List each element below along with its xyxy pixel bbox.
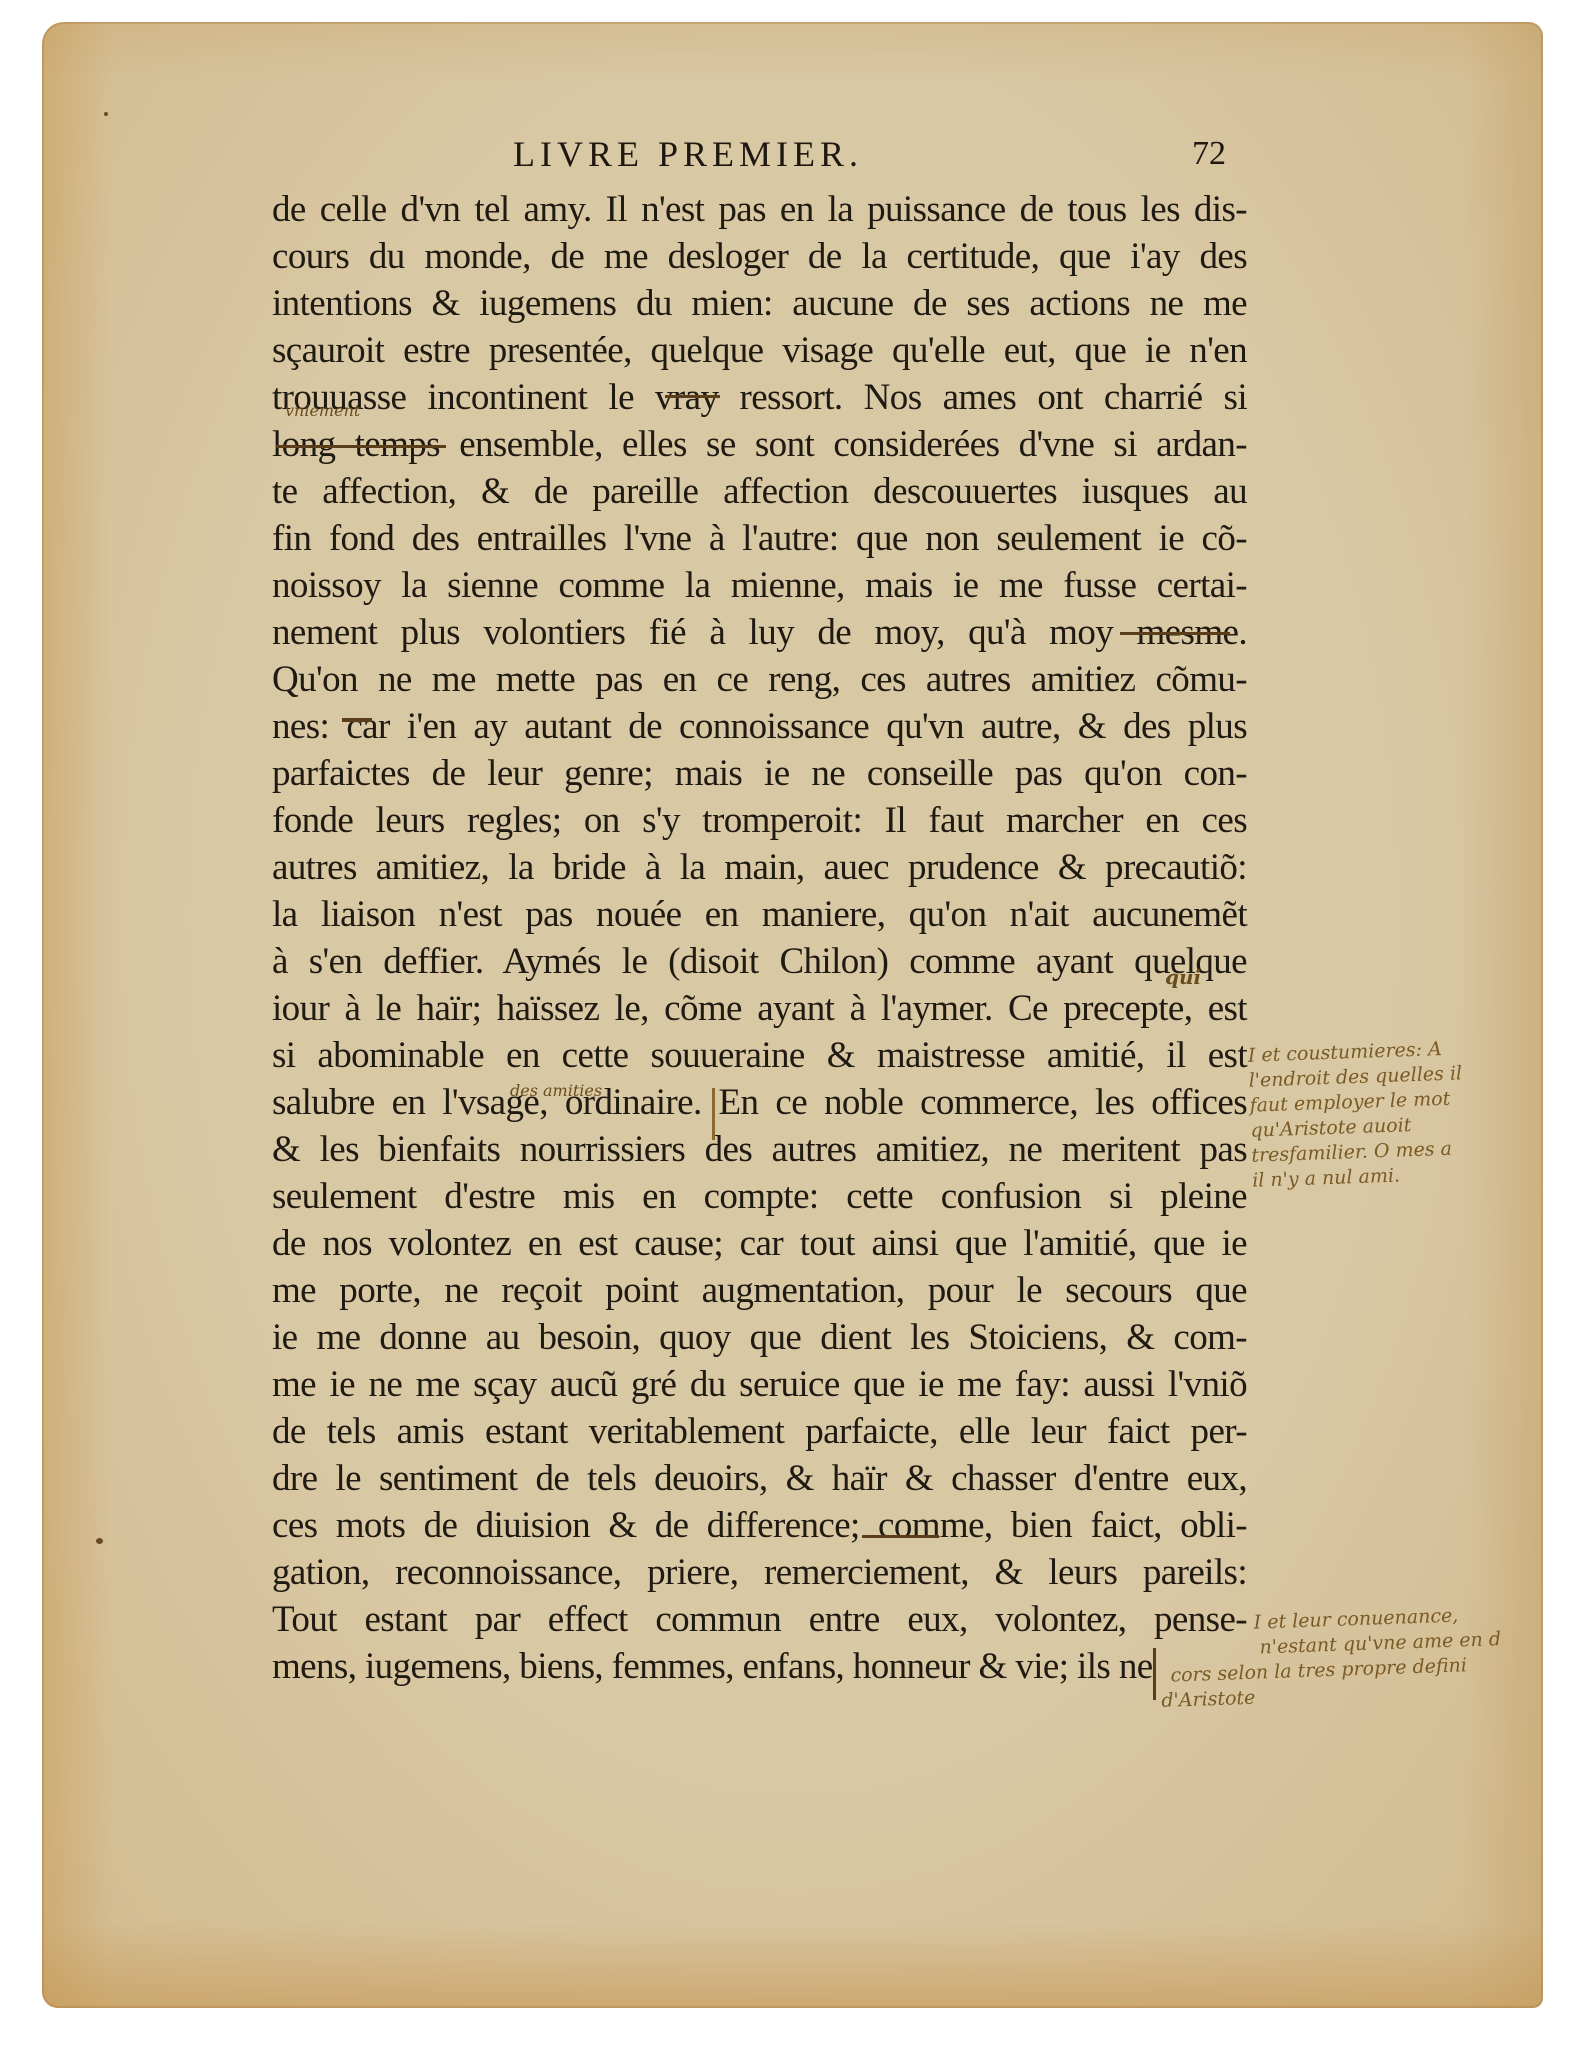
interlinear-annotation: des amities xyxy=(510,1082,602,1100)
strike-mark xyxy=(342,718,372,722)
interlinear-annotation: qui xyxy=(1165,968,1201,986)
text-line: te affection, & de pareille affection de… xyxy=(272,468,1247,515)
text-line: salubre en l'vsage, ordinaire. En ce nob… xyxy=(272,1079,1247,1126)
text-line: Qu'on ne me mette pas en ce reng, ces au… xyxy=(272,656,1247,703)
strike-mark xyxy=(862,1535,939,1538)
body-text: de celle d'vn tel amy. Il n'est pas en l… xyxy=(272,186,1247,1690)
text-line: me ie ne me sçay aucũ gré du seruice que… xyxy=(272,1361,1247,1408)
text-line: nes: car i'en ay autant de connoissance … xyxy=(272,703,1247,750)
text-line: ces mots de diuision & de difference; co… xyxy=(272,1502,1247,1549)
margin-note: I et coustumieres: A l'endroit des quell… xyxy=(1247,1036,1466,1193)
strike-mark xyxy=(665,395,720,398)
text-line: à s'en deffier. Aymés le (disoit Chilon)… xyxy=(272,938,1247,985)
text-line: me porte, ne reçoit point augmentation, … xyxy=(272,1267,1247,1314)
text-line: si abominable en cette souueraine & mais… xyxy=(272,1032,1247,1079)
insertion-mark xyxy=(1153,1648,1156,1700)
text-line: noissoy la sienne comme la mienne, mais … xyxy=(272,562,1247,609)
text-line: de tels amis estant veritablement parfai… xyxy=(272,1408,1247,1455)
text-line: ie me donne au besoin, quoy que dient le… xyxy=(272,1314,1247,1361)
text-line: trouuasse incontinent le vray ressort. N… xyxy=(272,374,1247,421)
text-line: nement plus volontiers fié à luy de moy,… xyxy=(272,609,1247,656)
running-head: LIVRE PREMIER. xyxy=(488,130,888,178)
text-line: iour à le haïr; haïssez le, cõme ayant à… xyxy=(272,985,1247,1032)
text-line: de celle d'vn tel amy. Il n'est pas en l… xyxy=(272,186,1247,233)
text-line: sçauroit estre presentée, quelque visage… xyxy=(272,327,1247,374)
strike-mark xyxy=(276,445,446,448)
text-line: seulement d'estre mis en compte: cette c… xyxy=(272,1173,1247,1220)
interlinear-annotation: vniement xyxy=(285,402,360,420)
insertion-mark xyxy=(712,1088,715,1140)
text-line: dre le sentiment de tels deuoirs, & haïr… xyxy=(272,1455,1247,1502)
paper-stain xyxy=(96,1538,103,1544)
strike-mark xyxy=(1120,632,1230,635)
text-line: parfaictes de leur genre; mais ie ne con… xyxy=(272,750,1247,797)
text-line: mens, iugemens, biens, femmes, enfans, h… xyxy=(272,1643,1247,1690)
paper-stain xyxy=(104,112,108,116)
text-line: cours du monde, de me desloger de la cer… xyxy=(272,233,1247,280)
text-line: intentions & iugemens du mien: aucune de… xyxy=(272,280,1247,327)
text-line: & les bienfaits nourrissiers des autres … xyxy=(272,1126,1247,1173)
text-line: la liaison n'est pas nouée en maniere, q… xyxy=(272,891,1247,938)
text-line: fonde leurs regles; on s'y tromperoit: I… xyxy=(272,797,1247,844)
text-line: Tout estant par effect commun entre eux,… xyxy=(272,1596,1247,1643)
text-line: gation, reconnoissance, priere, remercie… xyxy=(272,1549,1247,1596)
text-line: fin fond des entrailles l'vne à l'autre:… xyxy=(272,515,1247,562)
text-line: de nos volontez en est cause; car tout a… xyxy=(272,1220,1247,1267)
page-number: 72 xyxy=(1192,130,1247,178)
text-line: autres amitiez, la bride à la main, auec… xyxy=(272,844,1247,891)
margin-note: I et leur conuenance, n'estant qu'vne am… xyxy=(1158,1602,1503,1714)
